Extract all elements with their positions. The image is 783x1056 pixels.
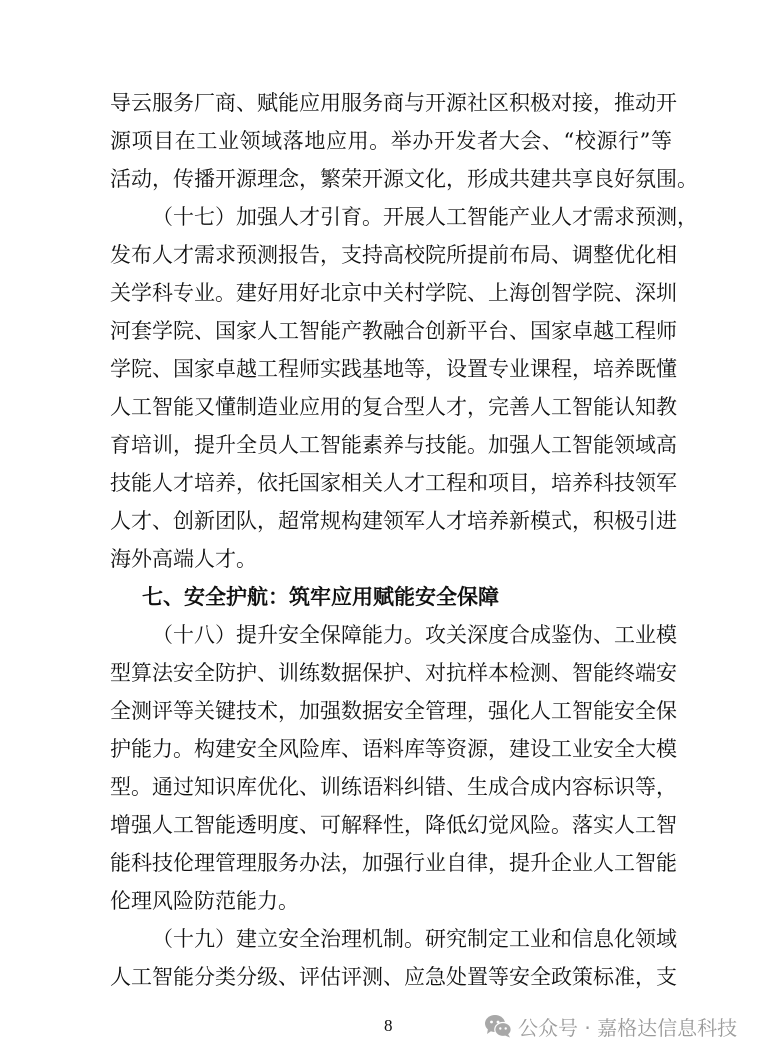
- paragraph-19-start: （十九）建立安全治理机制。研究制定工业和信息化领域: [110, 920, 672, 958]
- paragraph-17-start: （十七）加强人才引育。开展人工智能产业人才需求预测，: [110, 198, 672, 236]
- text-line: 学院、国家卓越工程师实践基地等，设置专业课程，培养既懂: [110, 350, 672, 388]
- text-line: 型。通过知识库优化、训练语料纠错、生成合成内容标识等，: [110, 768, 672, 806]
- text-line: 关学科专业。建好用好北京中关村学院、上海创智学院、深圳: [110, 274, 672, 312]
- watermark: 公众号 · 嘉格达信息科技: [484, 1010, 737, 1042]
- section-heading: 七、安全护航：筑牢应用赋能安全保障: [110, 578, 672, 616]
- wechat-icon: [484, 1014, 512, 1038]
- document-page: 导云服务厂商、赋能应用服务商与开源社区积极对接，推动开 源项目在工业领域落地应用…: [0, 0, 783, 1056]
- paragraph-18-start: （十八）提升安全保障能力。攻关深度合成鉴伪、工业模: [110, 616, 672, 654]
- watermark-text: 公众号 · 嘉格达信息科技: [518, 1012, 737, 1041]
- document-body: 导云服务厂商、赋能应用服务商与开源社区积极对接，推动开 源项目在工业领域落地应用…: [110, 84, 672, 996]
- text-line: 型算法安全防护、训练数据保护、对抗样本检测、智能终端安: [110, 654, 672, 692]
- text-line: 导云服务厂商、赋能应用服务商与开源社区积极对接，推动开: [110, 84, 672, 122]
- text-line: 技能人才培养，依托国家相关人才工程和项目，培养科技领军: [110, 464, 672, 502]
- text-line: 发布人才需求预测报告，支持高校院所提前布局、调整优化相: [110, 236, 672, 274]
- page-number: 8: [384, 1016, 393, 1036]
- text-line: 能科技伦理管理服务办法，加强行业自律，提升企业人工智能: [110, 844, 672, 882]
- text-line: 人才、创新团队，超常规构建领军人才培养新模式，积极引进: [110, 502, 672, 540]
- text-line: 河套学院、国家人工智能产教融合创新平台、国家卓越工程师: [110, 312, 672, 350]
- text-line: 人工智能又懂制造业应用的复合型人才，完善人工智能认知教: [110, 388, 672, 426]
- text-line: 护能力。构建安全风险库、语料库等资源，建设工业安全大模: [110, 730, 672, 768]
- text-line: 活动，传播开源理念，繁荣开源文化，形成共建共享良好氛围。: [110, 160, 672, 198]
- text-line: 育培训，提升全员人工智能素养与技能。加强人工智能领域高: [110, 426, 672, 464]
- text-line: 源项目在工业领域落地应用。举办开发者大会、“校源行”等: [110, 122, 672, 160]
- text-line: 人工智能分类分级、评估评测、应急处置等安全政策标准，支: [110, 958, 672, 996]
- text-line: 增强人工智能透明度、可解释性，降低幻觉风险。落实人工智: [110, 806, 672, 844]
- text-line: 伦理风险防范能力。: [110, 882, 672, 920]
- text-line: 全测评等关键技术，加强数据安全管理，强化人工智能安全保: [110, 692, 672, 730]
- text-line: 海外高端人才。: [110, 540, 672, 578]
